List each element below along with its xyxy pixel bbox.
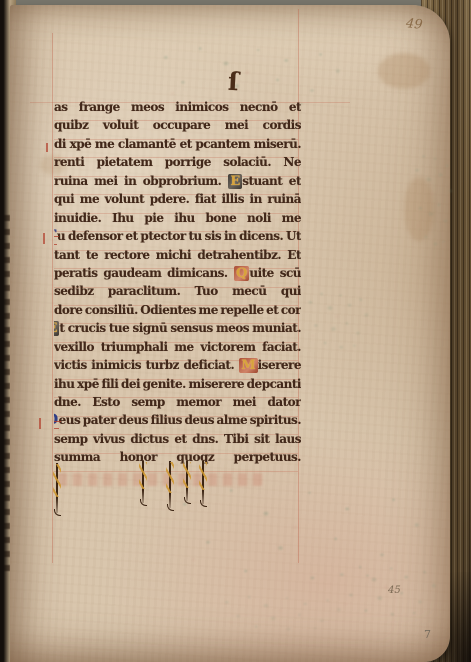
manuscript-line: victis inimicis turbz deficiat. Miserere… bbox=[54, 356, 301, 374]
text-segment: eus pater deus filius deus alme spiritus… bbox=[54, 413, 301, 429]
text-segment: vexillo triumphali me victorem faciat. U… bbox=[54, 340, 301, 356]
manuscript-line: vexillo triumphali me victorem faciat. U… bbox=[54, 338, 301, 356]
text-segment: qui me volunt pdere. fiat illis in ruinā… bbox=[54, 192, 301, 208]
illuminated-initial: E bbox=[228, 174, 242, 189]
descender-flourish bbox=[202, 461, 204, 504]
manuscript-photo: ſ as frange meos inimicos necnō et insid… bbox=[0, 0, 471, 662]
red-text-bleedthrough bbox=[58, 473, 263, 486]
manuscript-page: ſ as frange meos inimicos necnō et insid… bbox=[10, 5, 450, 662]
text-segment: inuidie. Ihu pie ihu bone noli me relinq… bbox=[54, 211, 301, 227]
descender-flourish bbox=[186, 461, 188, 501]
text-segment: ruina mei in obprobrium. bbox=[54, 174, 228, 188]
floral-bleedthrough bbox=[412, 145, 454, 260]
text-segment: dore consiliū. Odientes me repelle et co… bbox=[54, 303, 301, 319]
manuscript-line: semp vivus dictus et dns. Tibi sit laus … bbox=[54, 430, 301, 448]
illuminated-initial: Q bbox=[234, 266, 250, 281]
floral-bleedthrough bbox=[302, 287, 372, 357]
text-segment: sedibz paraclitum. Tuo mecū qui illustre… bbox=[54, 284, 301, 300]
text-segment: t crucis tue signū sensus meos muniat. E… bbox=[54, 321, 301, 337]
manuscript-line: Deus pater deus filius deus alme spiritu… bbox=[54, 411, 301, 429]
illuminated-initial: D bbox=[54, 412, 59, 429]
corner-numeral: 7 bbox=[424, 628, 431, 641]
manuscript-line: di xpē me clamantē et pcantem miserū. Et… bbox=[54, 135, 301, 153]
text-segment: semp vivus dictus et dns. Tibi sit laus … bbox=[54, 432, 301, 448]
text-block: as frange meos inimicos necnō et insidia… bbox=[54, 98, 301, 467]
text-segment: tant te rectore michi detrahentibz. Et e… bbox=[54, 248, 301, 264]
floral-bleedthrough bbox=[210, 593, 350, 635]
folio-number-bottom: 45 bbox=[388, 585, 401, 596]
manuscript-line: Et crucis tue signū sensus meos muniat. … bbox=[54, 319, 301, 337]
text-segment: summa honor quoqz perpetuus. bbox=[54, 450, 301, 464]
manuscript-line: dore consiliū. Odientes me repelle et co… bbox=[54, 301, 301, 319]
text-segment: as frange meos inimicos necnō et insidia… bbox=[54, 100, 301, 116]
manuscript-line: tant te rectore michi detrahentibz. Et e… bbox=[54, 246, 301, 264]
manuscript-line: renti pietatem porrige solaciū. Ne insur… bbox=[54, 153, 301, 171]
manuscript-line: inuidie. Ihu pie ihu bone noli me relinq… bbox=[54, 209, 301, 227]
manuscript-line: peratis gaudeam dimicans. Quite scū de s… bbox=[54, 264, 301, 282]
text-segment: victis inimicis turbz deficiat. bbox=[54, 358, 239, 372]
text-segment: peratis gaudeam dimicans. bbox=[54, 266, 234, 280]
manuscript-line: as frange meos inimicos necnō et insidia… bbox=[54, 98, 301, 116]
text-segment: quibz voluit occupare mei cordis semitas… bbox=[54, 118, 301, 134]
text-segment: ihu xpē fili dei genite. miserere depcan… bbox=[54, 377, 301, 393]
manuscript-line: quibz voluit occupare mei cordis semitas… bbox=[54, 116, 301, 134]
penwork-margin-tick bbox=[46, 143, 48, 152]
penwork-margin-tick bbox=[39, 418, 41, 429]
manuscript-line: Tu defensor et ptector tu sis in dicens.… bbox=[54, 227, 301, 245]
illuminated-initial: T bbox=[54, 228, 57, 245]
text-segment: renti pietatem porrige solaciū. Ne insur… bbox=[54, 155, 301, 171]
folio-number-top: 49 bbox=[405, 16, 423, 33]
descender-flourish bbox=[56, 463, 58, 513]
ruling-line-horizontal bbox=[54, 471, 298, 472]
gutter-shadow bbox=[0, 0, 10, 662]
manuscript-line: ruina mei in obprobrium. Estuant et tale… bbox=[54, 172, 301, 190]
text-segment: u defensor et ptector tu sis in dicens. … bbox=[54, 229, 301, 245]
text-segment: dne. Esto semp memor mei dator indulgenc… bbox=[54, 395, 301, 411]
descender-flourish bbox=[169, 461, 171, 508]
manuscript-line: summa honor quoqz perpetuus. ſA.M.EN. bbox=[54, 448, 301, 466]
descender-flourish bbox=[142, 461, 144, 503]
manuscript-line: ihu xpē fili dei genite. miserere depcan… bbox=[54, 375, 301, 393]
manuscript-line: sedibz paraclitum. Tuo mecū qui illustre… bbox=[54, 282, 301, 300]
text-segment: di xpē me clamantē et pcantem miserū. Et… bbox=[54, 137, 301, 153]
illuminated-initial: M bbox=[239, 358, 258, 373]
parchment-stain bbox=[378, 53, 430, 89]
ascender-flourish: ſ bbox=[227, 67, 239, 97]
penwork-margin-tick bbox=[43, 233, 45, 244]
manuscript-line: qui me volunt pdere. fiat illis in ruinā… bbox=[54, 190, 301, 208]
manuscript-line: dne. Esto semp memor mei dator indulgenc… bbox=[54, 393, 301, 411]
